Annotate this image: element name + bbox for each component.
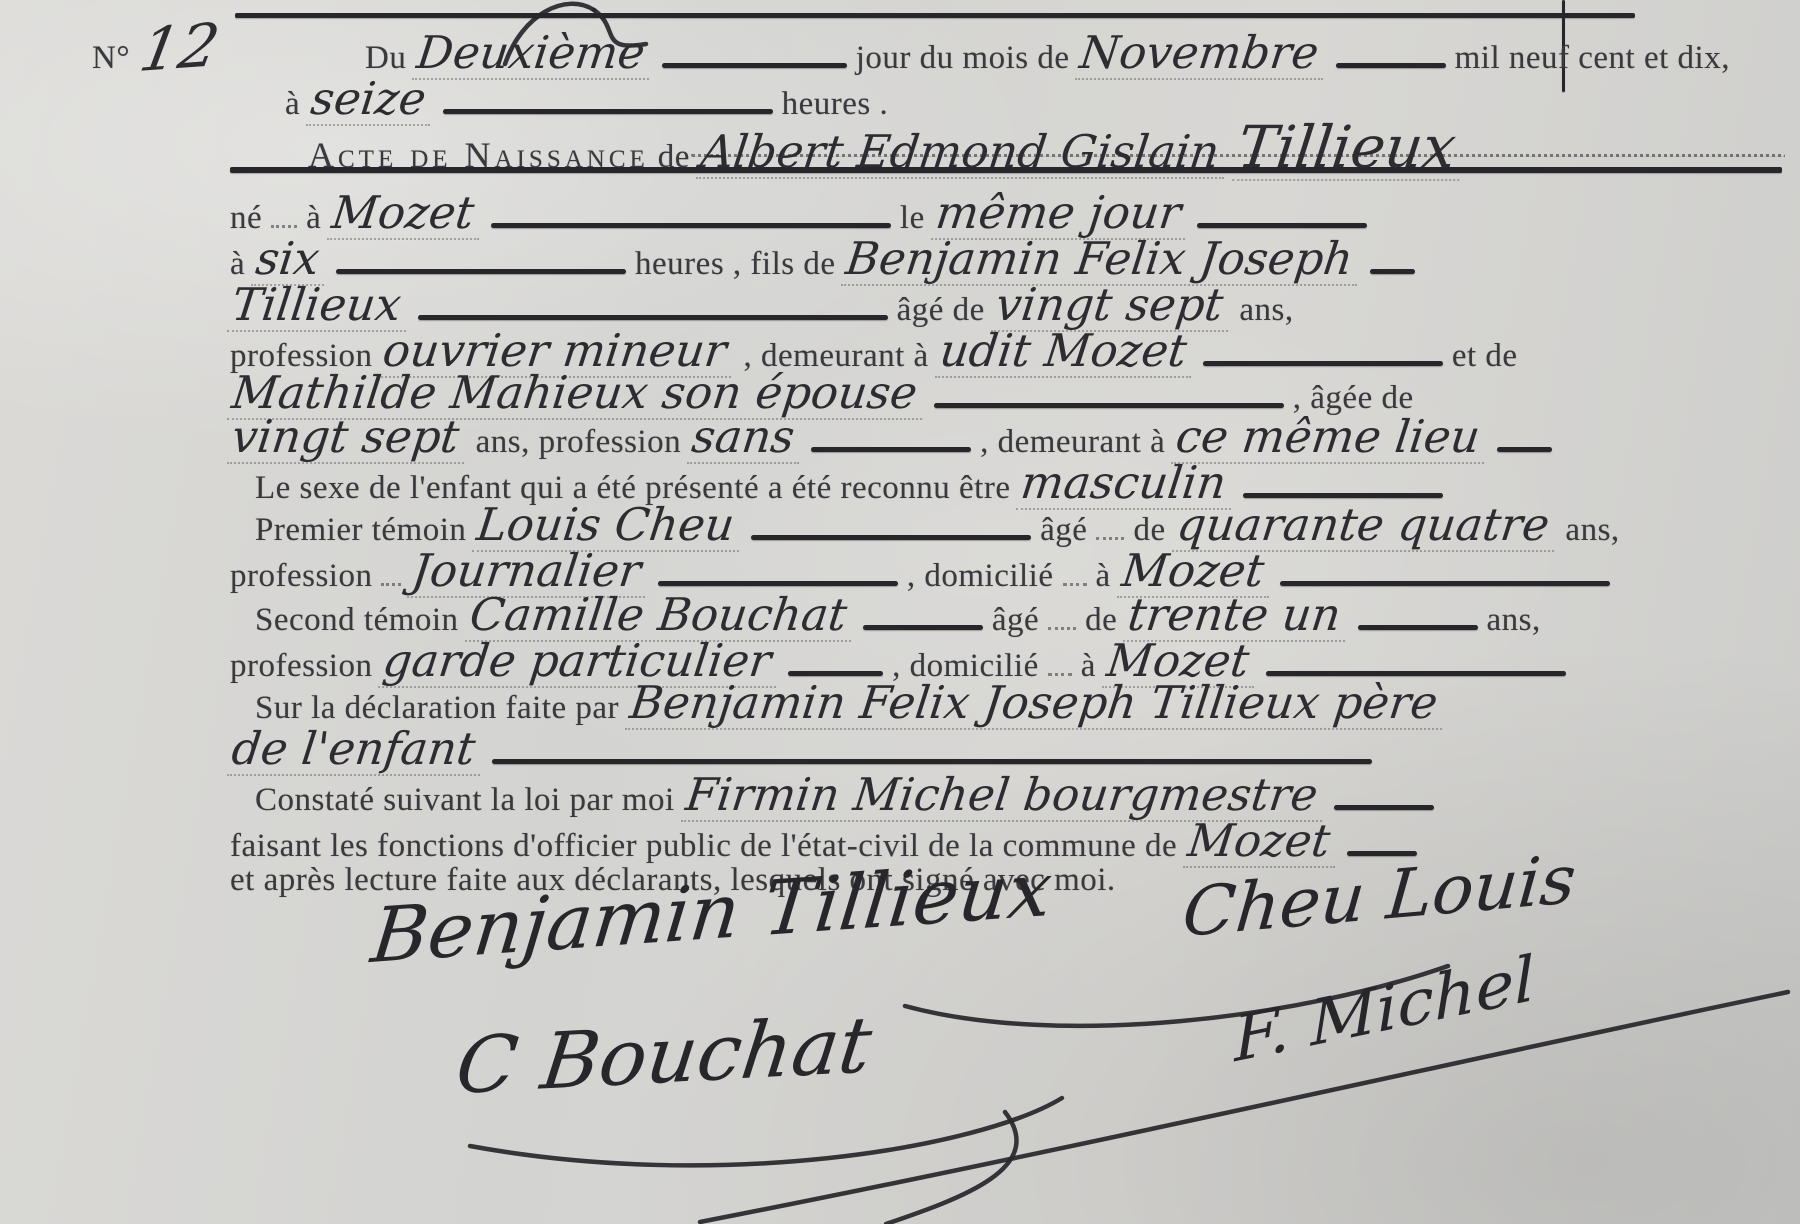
ink-fill-stroke xyxy=(1370,269,1415,274)
ink-fill-stroke xyxy=(934,403,1284,408)
pen-flourish xyxy=(886,1112,1017,1224)
ink-fill-stroke xyxy=(1334,805,1434,810)
signature-c-bouchat: C Bouchat xyxy=(452,1007,876,1106)
printed-text: né xyxy=(230,200,262,237)
date-line: DuDeuxièmejour du mois deNovembremil neu… xyxy=(365,30,1730,80)
ink-fill-stroke xyxy=(658,581,898,586)
dotted-leader xyxy=(1063,583,1087,586)
witness1-profession-line: professionJournalier, domiciliéàMozet xyxy=(230,548,1610,598)
printed-text: et de xyxy=(1452,338,1518,375)
ink-fill-stroke xyxy=(418,315,888,320)
printed-text: âgé xyxy=(1040,512,1087,549)
handwritten-entry: Tillieux xyxy=(227,282,412,332)
handwritten-entry: sans xyxy=(687,414,805,464)
printed-text: N° xyxy=(92,40,130,77)
ink-fill-stroke xyxy=(1197,223,1367,228)
printed-text: mil neuf cent et dix, xyxy=(1455,40,1730,77)
act-number-line: N°12 xyxy=(92,18,225,81)
printed-text: âgé xyxy=(992,602,1039,639)
printed-text: jour du mois de xyxy=(856,40,1070,77)
printed-text: Acte de Naissance xyxy=(308,134,649,176)
handwritten-entry: 12 xyxy=(133,15,232,84)
handwritten-entry: Benjamin Felix Joseph Tillieux père xyxy=(625,680,1448,730)
dotted-leader xyxy=(381,583,401,586)
ink-fill-stroke xyxy=(1280,581,1610,586)
ink-fill-stroke xyxy=(443,109,773,114)
ink-fill-stroke xyxy=(751,535,1031,540)
printed-text: , domicilié xyxy=(907,558,1054,595)
handwritten-entry: Tillieux xyxy=(1232,118,1467,181)
printed-text: ans, xyxy=(1239,292,1293,329)
handwritten-entry: Mozet xyxy=(1183,818,1341,868)
ink-fill-stroke xyxy=(1358,625,1478,630)
mother-age-line: vingt septans, professionsans, demeurant… xyxy=(230,414,1552,464)
ink-fill-stroke xyxy=(811,447,971,452)
handwritten-entry: Deuxième xyxy=(412,30,656,80)
ink-fill-stroke xyxy=(492,759,1372,764)
printed-text: profession xyxy=(230,558,372,595)
signature-f-michel: F. Michel xyxy=(1233,948,1536,1072)
ink-fill-stroke xyxy=(863,625,983,630)
printed-text: Constaté suivant la loi par moi xyxy=(255,782,675,819)
dotted-leader xyxy=(271,225,297,228)
ink-fill-stroke xyxy=(1336,63,1446,68)
ink-fill-stroke xyxy=(1203,361,1443,366)
printed-text: de xyxy=(658,139,690,176)
ink-fill-stroke xyxy=(491,223,891,228)
handwritten-entry: Albert Edmond Gislain xyxy=(696,129,1230,179)
printed-text: à xyxy=(285,86,300,123)
printed-text: ans, xyxy=(1565,512,1619,549)
printed-text: à xyxy=(1096,558,1111,595)
handwritten-entry: vingt sept xyxy=(227,414,470,464)
ink-fill-stroke xyxy=(1497,447,1552,452)
acte-title-line: Acte de NaissancedeAlbert Edmond Gislain… xyxy=(308,118,1463,181)
form-rule xyxy=(235,13,1635,18)
document-page: N°12DuDeuxièmejour du mois deNovembremil… xyxy=(0,0,1800,1224)
handwritten-entry: de l'enfant xyxy=(227,726,486,776)
printed-text: heures , fils de xyxy=(635,246,835,283)
handwritten-entry: Novembre xyxy=(1075,30,1329,80)
handwritten-entry: Mozet xyxy=(327,190,485,240)
ink-fill-stroke xyxy=(336,269,626,274)
pen-flourish xyxy=(470,1098,1062,1165)
dotted-leader xyxy=(1096,537,1124,540)
ink-fill-stroke xyxy=(662,63,847,68)
printed-text: ans, xyxy=(1487,602,1541,639)
dotted-leader xyxy=(1048,627,1076,630)
birth-hour-line: àsixheures , fils deBenjamin Felix Josep… xyxy=(230,236,1415,286)
printed-text: ans, profession xyxy=(476,424,681,461)
